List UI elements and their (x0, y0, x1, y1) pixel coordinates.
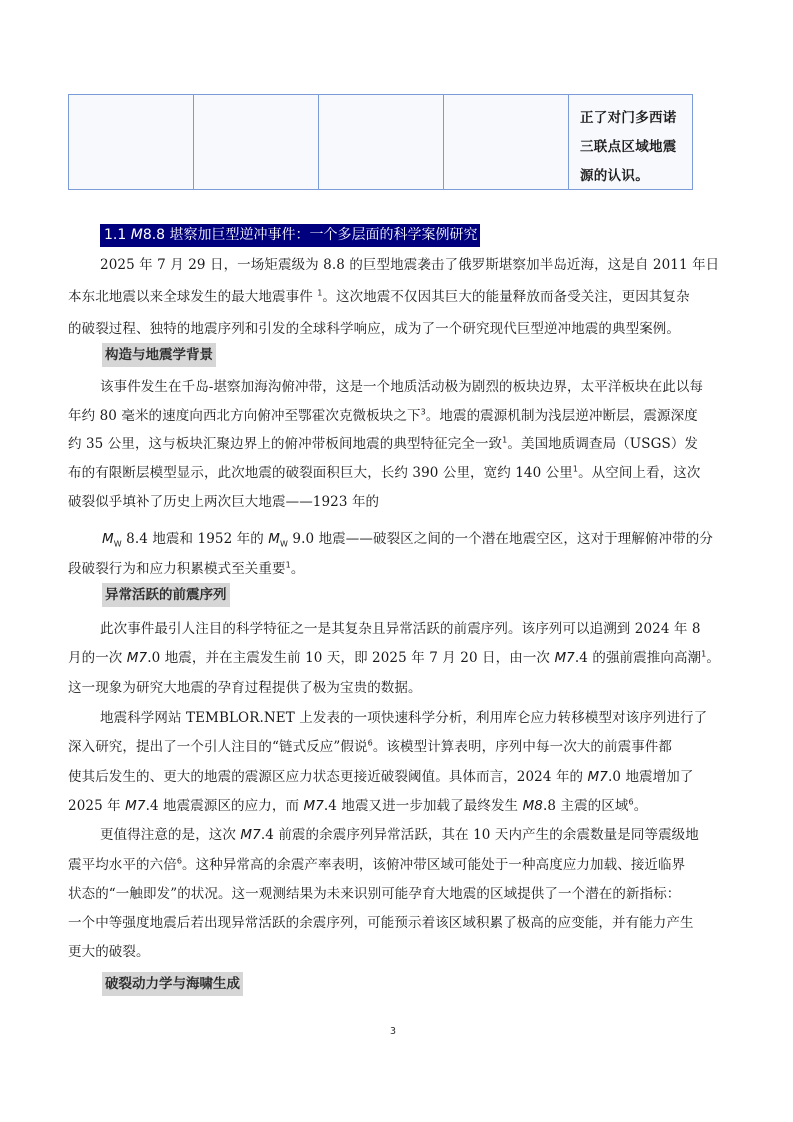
subheading-rupture: 破裂动力学与海啸生成 (102, 972, 243, 996)
text: 布的有限断层模型显示，此次地震的破裂面积巨大，长约 390 公里，宽约 140 … (68, 465, 573, 481)
text: .4 地震震源区的应力，而 (146, 798, 304, 814)
text: 。美国地质调查局（USGS）发 (507, 436, 698, 452)
table-cell (69, 95, 194, 189)
section-title: 堪察加巨型逆冲事件：一个多层面的科学案例研究 (170, 227, 478, 243)
text: 。 (634, 798, 648, 814)
magnitude-value: 8.8 (143, 227, 165, 243)
temblor-line-1: 地震科学网站 TEMBLOR.NET 上发表的一项快速科学分析，利用库仑应力转移… (100, 706, 760, 726)
table-cell (319, 95, 444, 189)
cell-text-line: 三联点区域地震 (580, 133, 692, 162)
tectonic-line-3: 约 35 公里，这与板块汇聚边界上的俯冲带板间地震的典型特征完全一致1。美国地质… (68, 432, 728, 452)
mw-subscript: W (114, 540, 122, 549)
section-heading: 1.1 M8.8 堪察加巨型逆冲事件：一个多层面的科学案例研究 (100, 224, 480, 247)
intro-line-2: 本东北地震以来全球发生的最大地震事件 1。这次地震不仅因其巨大的能量释放而备受关… (68, 285, 728, 305)
aftershock-line-2: 震平均水平的六倍6。这种异常高的余震产率表明，该俯冲带区域可能处于一种高度应力加… (68, 853, 728, 873)
foreshock-line-3: 这一现象为研究大地震的孕育过程提供了极为宝贵的数据。 (68, 676, 728, 696)
text: 更值得注意的是，这次 (100, 827, 240, 843)
text: 月的一次 (68, 650, 127, 666)
magnitude-symbol: M (131, 227, 143, 243)
text: 。这种异常高的余震产率表明，该俯冲带区域可能处于一种高度应力加载、接近临界 (182, 857, 685, 873)
text: .8 主震的区域 (543, 798, 628, 814)
text: 段破裂行为和应力积累模式至关重要 (68, 561, 286, 577)
magnitude: M8 (523, 798, 543, 814)
tectonic-line-4: 布的有限断层模型显示，此次地震的破裂面积巨大，长约 390 公里，宽约 140 … (68, 461, 728, 481)
mw-symbol: M (268, 531, 280, 547)
subheading-tectonic: 构造与地震学背景 (102, 343, 216, 367)
magnitude: M7 (303, 798, 323, 814)
subheading-foreshock: 异常活跃的前震序列 (102, 583, 230, 607)
mw-subscript: W (280, 540, 288, 549)
table-cell-last: 正了对门多西诺 三联点区域地震 源的认识。 (569, 95, 692, 189)
text: 2025 年 (68, 798, 125, 814)
text: 使其后发生的、更大的地震的震源区应力状态更接近破裂阈值。具体而言，2024 年的 (68, 769, 588, 785)
tectonic-line-5: 破裂似乎填补了历史上两次巨大地震——1923 年的 (68, 490, 728, 510)
magnitude: M7 (240, 827, 260, 843)
aftershock-line-1: 更值得注意的是，这次 M7.4 前震的余震序列异常活跃，其在 10 天内产生的余… (100, 823, 760, 843)
continued-table: 正了对门多西诺 三联点区域地震 源的认识。 (68, 94, 693, 190)
cell-text-line: 源的认识。 (580, 162, 692, 191)
text: 。 (291, 561, 305, 577)
text: 约 35 公里，这与板块汇聚边界上的俯冲带板间地震的典型特征完全一致 (68, 436, 502, 452)
section-number: 1.1 (104, 227, 126, 243)
aftershock-line-4: 一个中等强度地震后若出现异常活跃的余震序列，可能预示着该区域积累了极高的应变能，… (68, 911, 728, 931)
text: .0 地震增加了 (608, 769, 693, 785)
text: .4 前震的余震序列异常活跃，其在 10 天内产生的余震数量是同等震级地 (261, 827, 699, 843)
tectonic-line-1: 该事件发生在千岛-堪察加海沟俯冲带，这是一个地质活动极为剧烈的板块边界，太平洋板… (100, 375, 760, 395)
temblor-line-2: 深入研究，提出了一个引人注目的“链式反应”假说6。该模型计算表明，序列中每一次大… (68, 735, 728, 755)
text: .4 地震又进一步加载了最终发生 (324, 798, 523, 814)
magnitude: M7 (588, 769, 608, 785)
text: 。地震的震源机制为浅层逆冲断层，震源深度 (426, 408, 698, 424)
foreshock-line-2: 月的一次 M7.0 地震，并在主震发生前 10 天，即 2025 年 7 月 2… (68, 646, 728, 666)
magnitude: M7 (125, 798, 145, 814)
table-cell (194, 95, 319, 189)
page-number: 3 (390, 1026, 396, 1037)
text: 本东北地震以来全球发生的最大地震事件 (68, 289, 317, 305)
text: 8.4 地震和 1952 年的 (122, 531, 268, 547)
tectonic-line-2: 年约 80 毫米的速度向西北方向俯冲至鄂霍次克微板块之下3。地震的震源机制为浅层… (68, 404, 728, 424)
magnitude: M7 (127, 650, 147, 666)
foreshock-line-1: 此次事件最引人注目的科学特征之一是其复杂且异常活跃的前震序列。该序列可以追溯到 … (100, 617, 760, 637)
text: 。 (706, 650, 720, 666)
tectonic-line-7: 段破裂行为和应力积累模式至关重要1。 (68, 557, 728, 577)
text: 震平均水平的六倍 (68, 857, 177, 873)
intro-line-1: 2025 年 7 月 29 日，一场矩震级为 8.8 的巨型地震袭击了俄罗斯堪察… (100, 253, 760, 273)
temblor-line-3: 使其后发生的、更大的地震的震源区应力状态更接近破裂阈值。具体而言，2024 年的… (68, 765, 728, 785)
aftershock-line-5: 更大的破裂。 (68, 940, 728, 960)
text: 年约 80 毫米的速度向西北方向俯冲至鄂霍次克微板块之下 (68, 408, 421, 424)
temblor-line-4: 2025 年 M7.4 地震震源区的应力，而 M7.4 地震又进一步加载了最终发… (68, 794, 728, 814)
text: 。这次地震不仅因其巨大的能量释放而备受关注，更因其复杂 (322, 289, 689, 305)
text: 。该模型计算表明，序列中每一次大的前震事件都 (373, 739, 672, 755)
table-cell (444, 95, 569, 189)
cell-text-line: 正了对门多西诺 (580, 104, 692, 133)
text: 深入研究，提出了一个引人注目的“链式反应”假说 (68, 739, 368, 755)
tectonic-line-6: MW 8.4 地震和 1952 年的 MW 9.0 地震——破裂区之间的一个潜在… (102, 527, 762, 547)
text: 。从空间上看，这次 (578, 465, 700, 481)
magnitude: M7 (554, 650, 574, 666)
text: .0 地震，并在主震发生前 10 天，即 2025 年 7 月 20 日，由一次 (147, 650, 554, 666)
mw-symbol: M (102, 531, 114, 547)
intro-line-3: 的破裂过程、独特的地震序列和引发的全球科学响应，成为了一个研究现代巨型逆冲地震的… (68, 317, 728, 337)
text: 9.0 地震——破裂区之间的一个潜在地震空区，这对于理解俯冲带的分 (288, 531, 713, 547)
aftershock-line-3: 状态的“一触即发”的状况。这一观测结果为未来识别可能孕育大地震的区域提供了一个潜… (68, 882, 728, 902)
text: .4 的强前震推向高潮 (575, 650, 701, 666)
